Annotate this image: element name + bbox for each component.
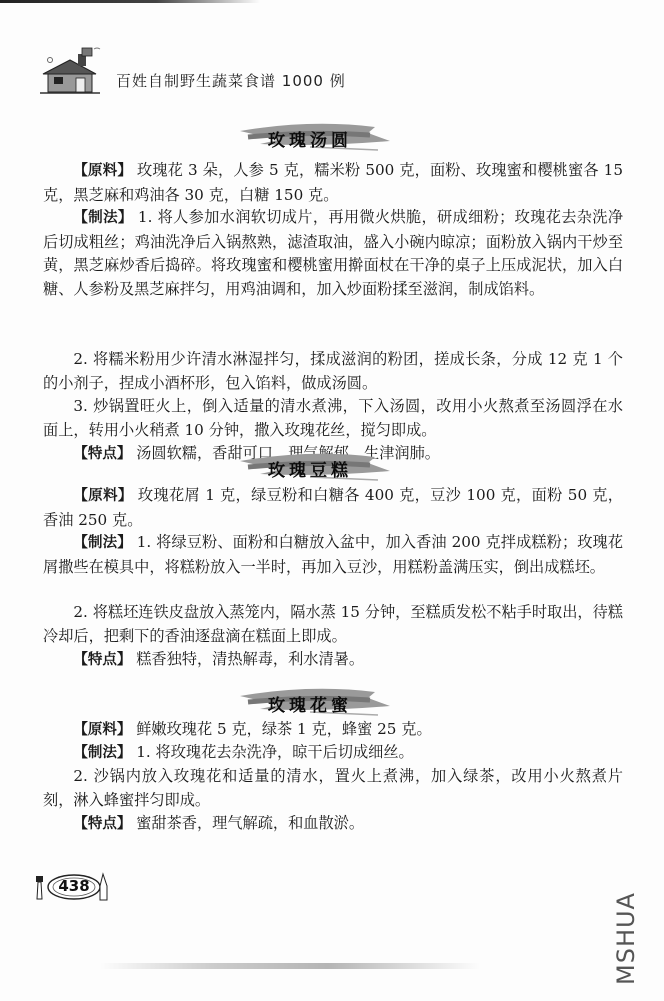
book-title: 百姓自制野生蔬菜食谱 1000 例 <box>116 70 346 91</box>
method-step: 2. 将糯米粉用少许清水淋湿拌匀，揉成滋润的粉团，搓成长条，分成 12 克 1 … <box>43 348 623 395</box>
method-step: 2. 将糕坯连铁皮盘放入蒸笼内，隔水蒸 15 分钟，至糕质发松不粘手时取出，待糕… <box>43 601 623 648</box>
recipe-title: 玫瑰汤圆 <box>200 117 420 157</box>
page-number: 438 <box>54 877 94 895</box>
features-paragraph: 【特点】 蜜甜茶香，理气解疏，和血散淤。 <box>43 812 623 837</box>
method-step: 【制法】 1. 将玫瑰花去杂洗净，晾干后切成细丝。 <box>43 741 623 766</box>
recipe-title: 玫瑰花蜜 <box>200 682 420 722</box>
method-step: 【制法】 1. 将绿豆粉、面粉和白糖放入盆中，加入香油 200 克拌成糕粉；玫瑰… <box>43 531 623 579</box>
scan-artifact <box>100 963 480 969</box>
page-number-badge: 438 <box>34 872 110 902</box>
fork-icon <box>36 876 43 899</box>
features-paragraph: 【特点】 糕香独特，清热解毒，利水清暑。 <box>43 648 623 673</box>
watermark: MSHUA <box>612 885 642 985</box>
knife-icon <box>100 874 107 900</box>
ingredients-paragraph: 【原料】 玫瑰花 3 朵，人参 5 克，糯米粉 500 克，面粉、玫瑰蜜和樱桃蜜… <box>43 159 623 207</box>
ingredients-paragraph: 【原料】 玫瑰花屑 1 克，绿豆粉和白糖各 400 克，豆沙 100 克，面粉 … <box>43 484 623 532</box>
recipe-title: 玫瑰豆糕 <box>200 447 420 487</box>
scan-edge-shadow <box>0 0 260 3</box>
house-icon <box>40 44 102 96</box>
method-step: 【制法】 1. 将人参加水润软切成片，再用微火烘脆，研成细粉；玫瑰花去杂洗净后切… <box>43 206 623 301</box>
running-header: 百姓自制野生蔬菜食谱 1000 例 <box>40 44 440 100</box>
ingredients-paragraph: 【原料】 鲜嫩玫瑰花 5 克，绿茶 1 克，蜂蜜 25 克。 <box>43 718 623 743</box>
method-step: 2. 沙锅内放入玫瑰花和适量的清水，置火上煮沸，加入绿茶，改用小火熬煮片刻，淋入… <box>43 765 623 812</box>
method-step: 3. 炒锅置旺火上，倒入适量的清水煮沸，下入汤圆，改用小火熬煮至汤圆浮在水面上，… <box>43 395 623 442</box>
